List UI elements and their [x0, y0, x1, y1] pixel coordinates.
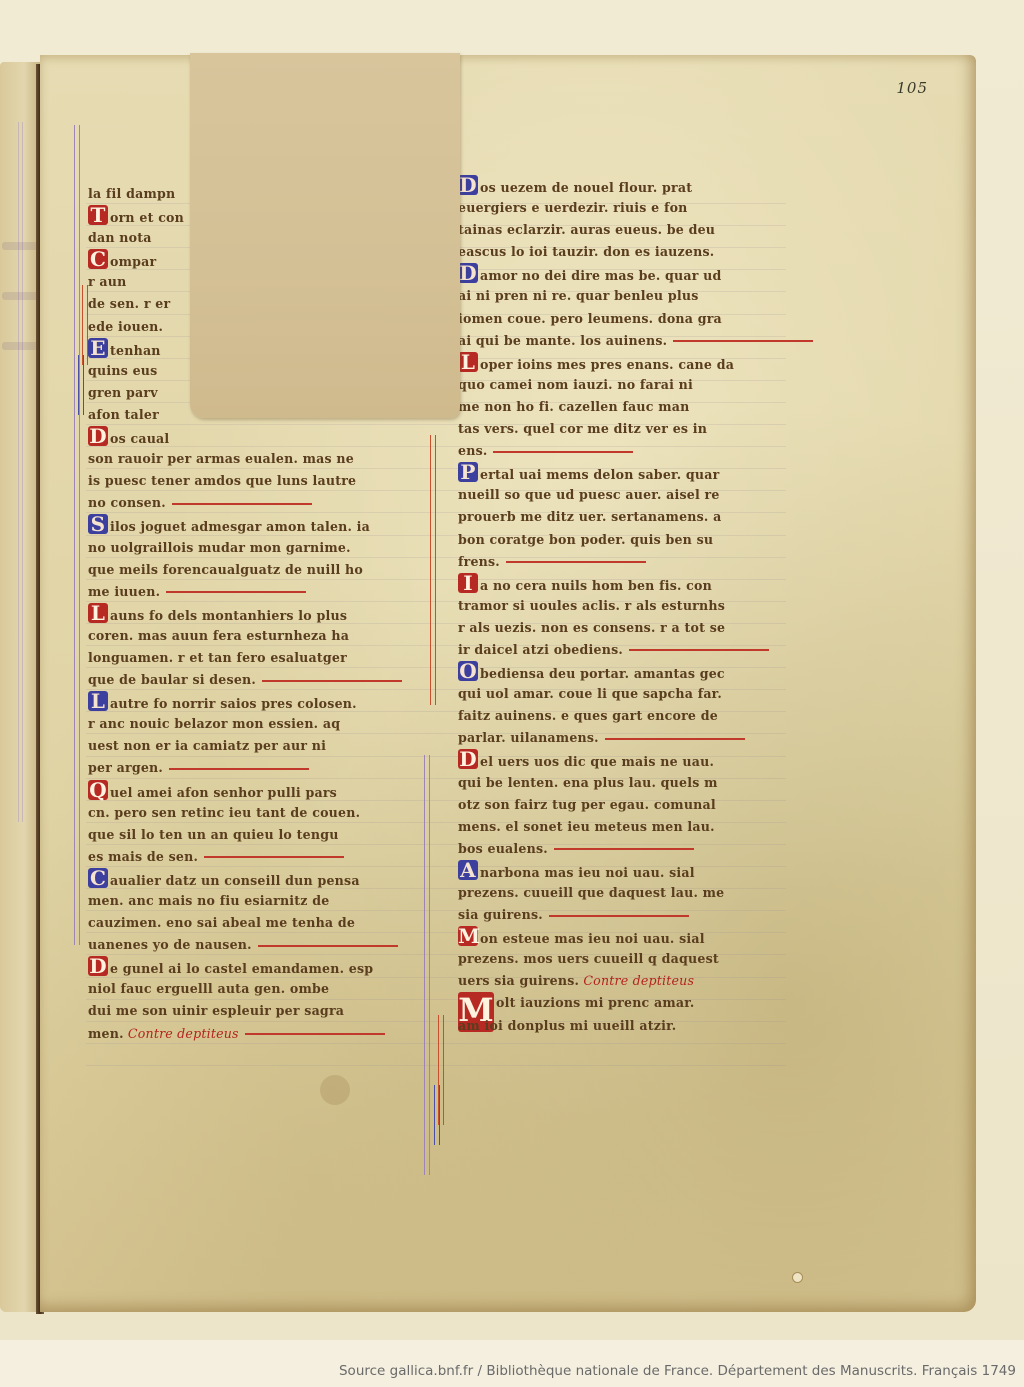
line-text: niol fauc erguelll auta gen. ombe [88, 981, 329, 996]
line-text: qui be lenten. ena plus lau. quels m [458, 775, 718, 790]
line-text: uel amei afon senhor pulli pars [110, 785, 337, 800]
text-line: que de baular si desen. [88, 669, 418, 691]
line-text: narbona mas ieu noi uau. sial [480, 865, 695, 880]
text-line: tramor si uoules aclis. r als esturnhs [458, 595, 778, 617]
line-text: la fil dampn [88, 186, 175, 201]
decorated-initial: C [88, 868, 108, 888]
text-line: Damor no dei dire mas be. quar ud [458, 263, 778, 285]
text-line: tainas eclarzir. auras eueus. be deu [458, 219, 778, 241]
line-text: am ioi donplus mi uueill atzir. [458, 1018, 676, 1033]
decorated-initial: D [88, 956, 108, 976]
text-line: prezens. cuueill que daquest lau. me [458, 882, 778, 904]
text-line: Pertal uai mems delon saber. quar [458, 462, 778, 484]
text-line: De gunel ai lo castel emandamen. esp [88, 956, 418, 978]
line-text: autre fo norrir saios pres colosen. [110, 696, 357, 711]
text-line: Launs fo dels montanhiers lo plus [88, 603, 418, 625]
line-text: otz son fairz tug per egau. comunal [458, 797, 716, 812]
line-text: prezens. mos uers cuueill q daquest [458, 951, 719, 966]
text-line: no consen. [88, 492, 418, 514]
text-line: bon coratge bon poder. quis ben su [458, 529, 778, 551]
text-line: men. anc mais no fiu esiarnitz de [88, 890, 418, 912]
text-line: Mon esteue mas ieu noi uau. sial [458, 926, 778, 948]
text-line: Molt iauzions mi prenc amar. [458, 992, 778, 1014]
line-text: amor no dei dire mas be. quar ud [480, 268, 722, 283]
text-line: qui be lenten. ena plus lau. quels m [458, 772, 778, 794]
line-text: dui me son uinir espleuir per sagra [88, 1003, 344, 1018]
line-text: que sil lo ten un an quieu lo tengu [88, 827, 339, 842]
text-line: cn. pero sen retinc ieu tant de couen. [88, 802, 418, 824]
text-line: am ioi donplus mi uueill atzir. [458, 1015, 778, 1037]
text-line: Obediensa deu portar. amantas gec [458, 661, 778, 683]
line-text: frens. [458, 554, 500, 569]
text-line: longuamen. r et tan fero esaluatger [88, 647, 418, 669]
text-line: me non ho fi. cazellen fauc man [458, 396, 778, 418]
decorated-initial: T [88, 205, 108, 225]
line-text: aualier datz un conseill dun pensa [110, 873, 360, 888]
decorated-initial: D [88, 426, 108, 446]
line-text: bos eualens. [458, 841, 548, 856]
text-column-right: Dos uezem de nouel flour. prateuergiers … [458, 175, 778, 1037]
rubric: Contre deptiteus [124, 1026, 239, 1041]
margin-flourish-left [74, 125, 80, 945]
rubric: Contre deptiteus [579, 973, 694, 988]
text-line: frens. [458, 551, 778, 573]
text-line: uest non er ia camiatz per aur ni [88, 735, 418, 757]
line-text: bediensa deu portar. amantas gec [480, 666, 725, 681]
text-line: r anc nouic belazor mon essien. aq [88, 713, 418, 735]
text-line: faitz auinens. e ques gart encore de [458, 705, 778, 727]
line-text: uanenes yo de nausen. [88, 937, 252, 952]
line-text: men. anc mais no fiu esiarnitz de [88, 893, 329, 908]
text-line: uers sia guirens. Contre deptiteus [458, 970, 778, 992]
ruling-line [86, 1065, 786, 1066]
line-text: ilos joguet admesgar amon talen. ia [110, 519, 370, 534]
line-text: bon coratge bon poder. quis ben su [458, 532, 713, 547]
line-text: ens. [458, 443, 487, 458]
line-text: uest non er ia camiatz per aur ni [88, 738, 326, 753]
manuscript-folio: 105 la fil dampnTorn et condan notaCompa… [40, 55, 976, 1312]
text-line: que meils forencaualguatz de nuill ho [88, 559, 418, 581]
line-text: r als uezis. non es consens. r a tot se [458, 620, 725, 635]
text-line: prouerb me ditz uer. sertanamens. a [458, 506, 778, 528]
text-line: que sil lo ten un an quieu lo tengu [88, 824, 418, 846]
text-line: prezens. mos uers cuueill q daquest [458, 948, 778, 970]
text-line: sia guirens. [458, 904, 778, 926]
text-line: me iuuen. [88, 581, 418, 603]
line-text: que de baular si desen. [88, 672, 256, 687]
decorated-initial: L [88, 603, 108, 623]
line-text: e gunel ai lo castel emandamen. esp [110, 961, 373, 976]
line-text: ai qui be mante. los auinens. [458, 333, 667, 348]
line-text: quins eus [88, 363, 157, 378]
line-text: prezens. cuueill que daquest lau. me [458, 885, 724, 900]
facing-page-edge [0, 62, 40, 1312]
line-text: prouerb me ditz uer. sertanamens. a [458, 509, 721, 524]
text-line: Anarbona mas ieu noi uau. sial [458, 860, 778, 882]
line-text: men. [88, 1026, 124, 1041]
text-line: euergiers e uerdezir. riuis e fon [458, 197, 778, 219]
line-text: uers sia guirens. [458, 973, 579, 988]
text-line: Dos caual [88, 426, 418, 448]
line-text: son rauoir per armas eualen. mas ne [88, 451, 354, 466]
margin-flourish-red-center [430, 435, 436, 705]
text-line: Loper ioins mes pres enans. cane da [458, 352, 778, 374]
text-line: ir daicel atzi obediens. [458, 639, 778, 661]
line-text: tramor si uoules aclis. r als esturnhs [458, 598, 725, 613]
line-text: ede iouen. [88, 319, 163, 334]
line-text: gren parv [88, 385, 158, 400]
text-line: ai qui be mante. los auinens. [458, 330, 778, 352]
line-text: de sen. r er [88, 296, 170, 311]
text-line: Quel amei afon senhor pulli pars [88, 780, 418, 802]
decorated-initial: Q [88, 780, 108, 800]
text-line: is puesc tener amdos que luns lautre [88, 470, 418, 492]
line-text: sia guirens. [458, 907, 543, 922]
decorated-initial: C [88, 249, 108, 269]
decorated-initial: I [458, 573, 478, 593]
line-text: longuamen. r et tan fero esaluatger [88, 650, 347, 665]
decorated-initial: D [458, 175, 478, 195]
line-text: no consen. [88, 495, 166, 510]
text-line: Ia no cera nuils hom ben fis. con [458, 573, 778, 595]
line-text: me non ho fi. cazellen fauc man [458, 399, 689, 414]
line-text: mens. el sonet ieu meteus men lau. [458, 819, 715, 834]
decorated-initial: L [88, 691, 108, 711]
margin-flourish-blue [78, 355, 84, 415]
margin-flourish-blue-tail [434, 1085, 440, 1145]
text-line: dui me son uinir espleuir per sagra [88, 1000, 418, 1022]
line-text: me iuuen. [88, 584, 160, 599]
line-text: nueill so que ud puesc auer. aisel re [458, 487, 720, 502]
line-text: oper ioins mes pres enans. cane da [480, 357, 734, 372]
line-text: ompar [110, 254, 156, 269]
paper-repair-patch [190, 53, 460, 418]
text-line: men. Contre deptiteus [88, 1023, 418, 1045]
decorated-initial: L [458, 352, 478, 372]
line-text: orn et con [110, 210, 184, 225]
line-text: a no cera nuils hom ben fis. con [480, 578, 712, 593]
stain [320, 1075, 350, 1105]
text-line: eascus lo ioi tauzir. don es iauzens. [458, 241, 778, 263]
line-text: iomen coue. pero leumens. dona gra [458, 311, 722, 326]
line-text: cn. pero sen retinc ieu tant de couen. [88, 805, 360, 820]
text-line: cauzimen. eno sai abeal me tenha de [88, 912, 418, 934]
text-line: Dos uezem de nouel flour. prat [458, 175, 778, 197]
decorated-initial: S [88, 514, 108, 534]
line-text: el uers uos dic que mais ne uau. [480, 754, 714, 769]
line-text: afon taler [88, 407, 159, 422]
margin-flourish-center [424, 755, 430, 1175]
text-line: Del uers uos dic que mais ne uau. [458, 749, 778, 771]
pinhole [792, 1272, 803, 1283]
text-line: ens. [458, 440, 778, 462]
text-line: son rauoir per armas eualen. mas ne [88, 448, 418, 470]
text-line: tas vers. quel cor me ditz ver es in [458, 418, 778, 440]
decorated-initial: A [458, 860, 478, 880]
line-text: r anc nouic belazor mon essien. aq [88, 716, 340, 731]
line-text: tas vers. quel cor me ditz ver es in [458, 421, 707, 436]
line-text: ertal uai mems delon saber. quar [480, 467, 719, 482]
text-line: r als uezis. non es consens. r a tot se [458, 617, 778, 639]
text-line: es mais de sen. [88, 846, 418, 868]
line-text: olt iauzions mi prenc amar. [496, 995, 695, 1010]
line-text: es mais de sen. [88, 849, 198, 864]
text-line: mens. el sonet ieu meteus men lau. [458, 816, 778, 838]
text-line: qui uol amar. coue li que sapcha far. [458, 683, 778, 705]
text-line: Silos joguet admesgar amon talen. ia [88, 514, 418, 536]
line-text: tainas eclarzir. auras eueus. be deu [458, 222, 715, 237]
decorated-initial: D [458, 749, 478, 769]
text-line: niol fauc erguelll auta gen. ombe [88, 978, 418, 1000]
text-line: per argen. [88, 757, 418, 779]
line-text: eascus lo ioi tauzir. don es iauzens. [458, 244, 714, 259]
decorated-initial: M [458, 926, 478, 946]
decorated-initial: D [458, 263, 478, 283]
line-text: auns fo dels montanhiers lo plus [110, 608, 347, 623]
decorated-initial: E [88, 338, 108, 358]
text-line: no uolgraillois mudar mon garnime. [88, 537, 418, 559]
text-line: iomen coue. pero leumens. dona gra [458, 308, 778, 330]
facing-page-ruling [18, 122, 23, 822]
line-text: os uezem de nouel flour. prat [480, 180, 692, 195]
line-text: qui uol amar. coue li que sapcha far. [458, 686, 722, 701]
text-line: Caualier datz un conseill dun pensa [88, 868, 418, 890]
text-line: Lautre fo norrir saios pres colosen. [88, 691, 418, 713]
line-text: parlar. uilanamens. [458, 730, 599, 745]
line-text: no uolgraillois mudar mon garnime. [88, 540, 351, 555]
line-text: coren. mas auun fera esturnheza ha [88, 628, 349, 643]
text-line: uanenes yo de nausen. [88, 934, 418, 956]
text-line: coren. mas auun fera esturnheza ha [88, 625, 418, 647]
facing-page-text-trace [2, 242, 38, 250]
text-line: otz son fairz tug per egau. comunal [458, 794, 778, 816]
line-text: ai ni pren ni re. quar benleu plus [458, 288, 698, 303]
line-text: faitz auinens. e ques gart encore de [458, 708, 718, 723]
facing-page-text-trace [2, 292, 38, 300]
line-text: euergiers e uerdezir. riuis e fon [458, 200, 688, 215]
line-text: quo camei nom iauzi. no farai ni [458, 377, 693, 392]
text-line: quo camei nom iauzi. no farai ni [458, 374, 778, 396]
folio-number: 105 [896, 79, 928, 97]
line-text: dan nota [88, 230, 152, 245]
line-text: que meils forencaualguatz de nuill ho [88, 562, 363, 577]
text-line: ai ni pren ni re. quar benleu plus [458, 285, 778, 307]
line-text: on esteue mas ieu noi uau. sial [480, 931, 705, 946]
source-caption: Source gallica.bnf.fr / Bibliothèque nat… [339, 1363, 1016, 1379]
line-text: per argen. [88, 760, 163, 775]
line-text: os caual [110, 431, 169, 446]
decorated-initial: O [458, 661, 478, 681]
facing-page-text-trace [2, 342, 38, 350]
line-text: cauzimen. eno sai abeal me tenha de [88, 915, 355, 930]
line-text: ir daicel atzi obediens. [458, 642, 623, 657]
text-line: parlar. uilanamens. [458, 727, 778, 749]
text-line: bos eualens. [458, 838, 778, 860]
line-text: r aun [88, 274, 127, 289]
line-text: tenhan [110, 343, 161, 358]
line-text: is puesc tener amdos que luns lautre [88, 473, 356, 488]
decorated-initial: P [458, 462, 478, 482]
text-line: nueill so que ud puesc auer. aisel re [458, 484, 778, 506]
